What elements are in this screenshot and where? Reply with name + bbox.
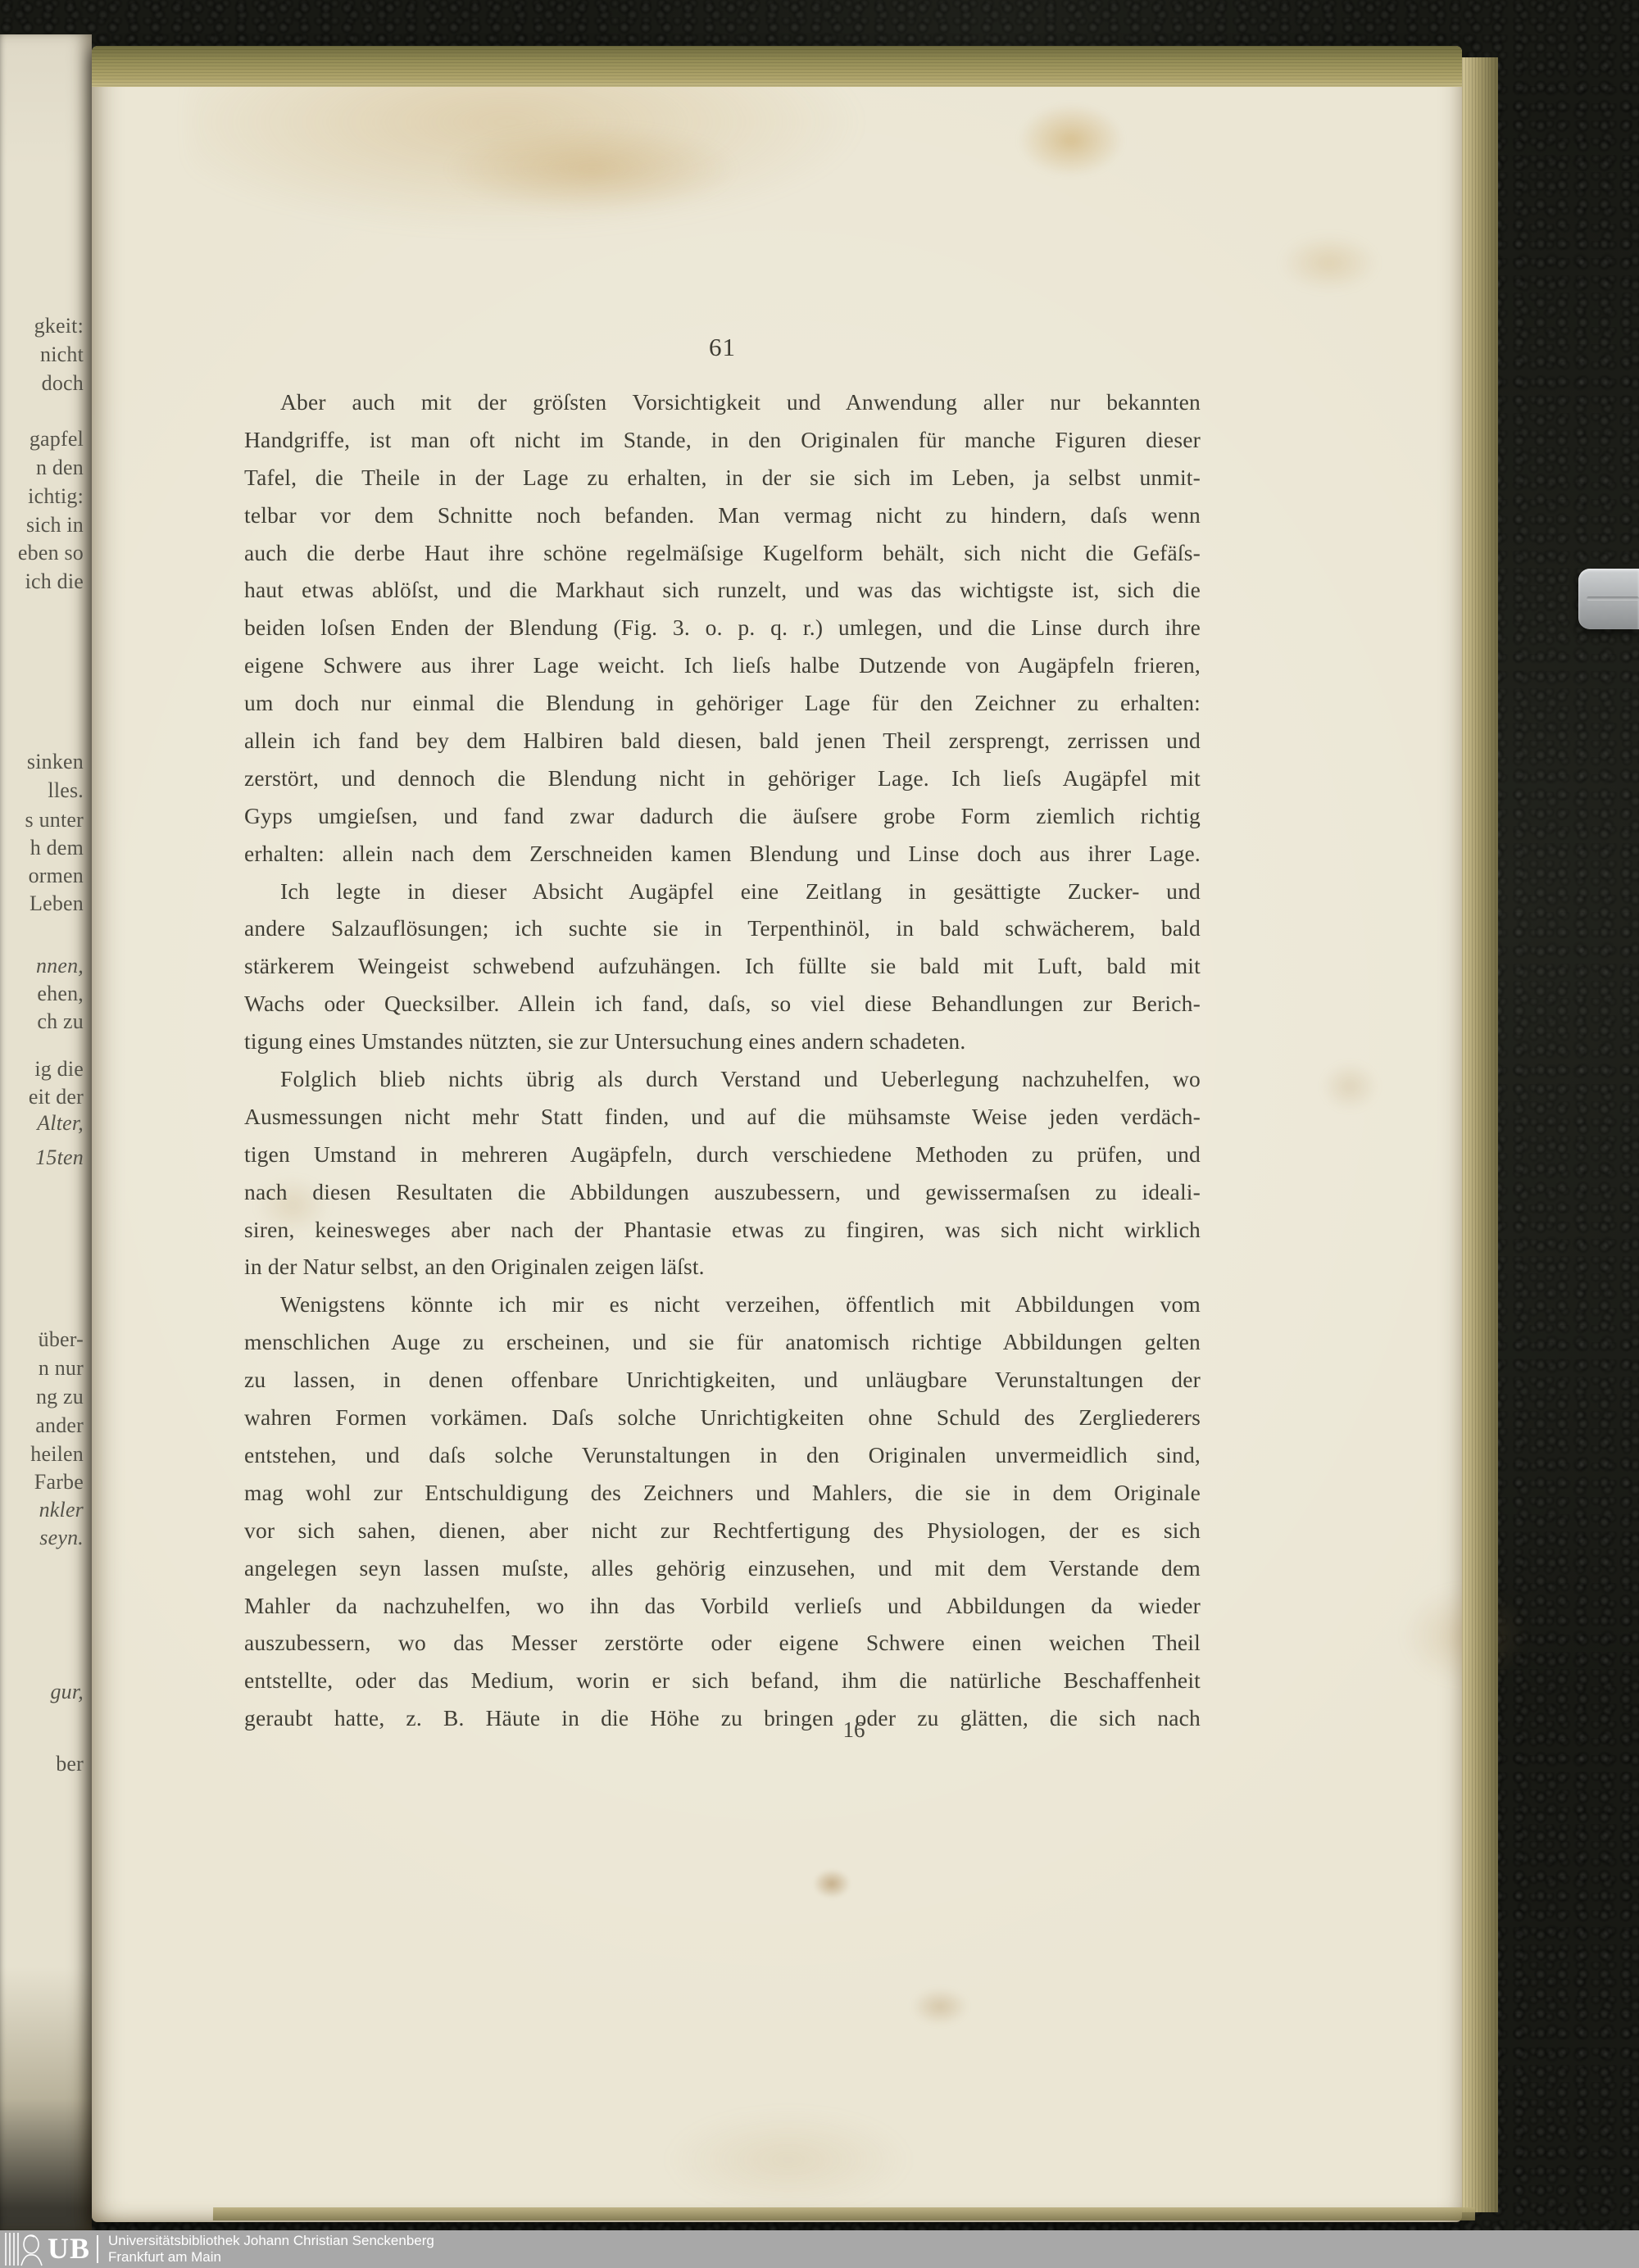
margin-text-fragment: doch	[42, 371, 84, 396]
margin-text-fragment: nicht	[40, 342, 84, 367]
ub-logo: UB	[0, 2230, 108, 2268]
margin-text-fragment: seyn.	[39, 1526, 84, 1550]
text-line: Wachs oder Quecksilber. Allein ich fand,…	[244, 985, 1201, 1023]
text-line: zu lassen, in denen offenbare Unrichtigk…	[244, 1361, 1201, 1399]
margin-text-fragment: n nur	[39, 1356, 84, 1381]
text-line: Aber auch mit der gröſsten Vorsichtigkei…	[244, 383, 1201, 421]
margin-text-fragment: über-	[39, 1327, 84, 1352]
text-line: tigung eines Umstandes nützten, sie zur …	[244, 1023, 1201, 1060]
text-line: beiden loſsen Enden der Blendung (Fig. 3…	[244, 609, 1201, 646]
text-line: in der Natur selbst, an den Originalen z…	[244, 1248, 1201, 1286]
library-name-line2: Frankfurt am Main	[108, 2249, 434, 2266]
text-line: geraubt hatte, z. B. Häute in die Höhe z…	[244, 1699, 1201, 1737]
sheet-signature: 16	[821, 1717, 887, 1743]
margin-text-fragment: h dem	[30, 836, 84, 860]
ub-logo-text: UB	[48, 2234, 90, 2263]
text-line: Wenigstens könnte ich mir es nicht verze…	[244, 1286, 1201, 1323]
margin-text-fragment: nnen,	[36, 954, 84, 978]
margin-text-fragment: ehen,	[37, 982, 84, 1006]
footer-separator	[97, 2235, 98, 2263]
text-line: Gyps umgieſsen, und fand zwar dadurch di…	[244, 797, 1201, 835]
text-line: Tafel, die Theile in der Lage zu erhalte…	[244, 459, 1201, 497]
page-bottom-edge	[213, 2207, 1475, 2220]
margin-text-fragment: 15ten	[35, 1145, 84, 1170]
text-line: auch die derbe Haut ihre schöne regelmäſ…	[244, 534, 1201, 572]
text-line: stärkerem Weingeist schwebend aufzuhänge…	[244, 947, 1201, 985]
text-line: entstehen, und daſs solche Verunstaltung…	[244, 1436, 1201, 1474]
margin-text-fragment: ng zu	[36, 1385, 84, 1409]
text-line: angelegen seyn lassen muſste, alles gehö…	[244, 1549, 1201, 1587]
margin-text-fragment: ch zu	[37, 1009, 84, 1034]
book-page: 61 Aber auch mit der gröſsten Vorsichtig…	[92, 46, 1462, 2222]
margin-text-fragment: sinken	[27, 750, 84, 774]
text-line: eigene Schwere aus ihrer Lage weicht. Ic…	[244, 646, 1201, 684]
text-line: erhalten: allein nach dem Zerschneiden k…	[244, 835, 1201, 873]
text-line: tigen Umstand in mehreren Augäpfeln, dur…	[244, 1136, 1201, 1173]
margin-text-fragment: ormen	[29, 864, 84, 888]
margin-text-fragment: Farbe	[34, 1470, 84, 1495]
text-line: um doch nur einmal die Blendung in gehör…	[244, 684, 1201, 722]
text-line: allein ich fand bey dem Halbiren bald di…	[244, 722, 1201, 760]
margin-text-fragment: gur,	[50, 1680, 84, 1704]
text-line: nach diesen Resultaten die Abbildungen a…	[244, 1173, 1201, 1211]
text-line: menschlichen Auge zu erscheinen, und sie…	[244, 1323, 1201, 1361]
margin-text-fragment: lles.	[48, 778, 84, 803]
margin-text-fragment: gapfel	[30, 427, 84, 451]
text-line: Ich legte in dieser Absicht Augäpfel ein…	[244, 873, 1201, 910]
text-line: vor sich sahen, dienen, aber nicht zur R…	[244, 1512, 1201, 1549]
margin-text-fragment: eben so	[18, 541, 84, 565]
text-line: Handgriffe, ist man oft nicht im Stande,…	[244, 421, 1201, 459]
text-line: mag wohl zur Entschuldigung des Zeichner…	[244, 1474, 1201, 1512]
text-line: zerstört, und dennoch die Blendung nicht…	[244, 760, 1201, 797]
page-number: 61	[244, 333, 1201, 362]
library-name: Universitätsbibliothek Johann Christian …	[108, 2233, 434, 2266]
library-name-line1: Universitätsbibliothek Johann Christian …	[108, 2233, 434, 2249]
margin-text-fragment: ig die	[34, 1057, 84, 1082]
margin-text-fragment: Alter,	[37, 1111, 84, 1136]
text-line: haut etwas ablöſst, und die Markhaut sic…	[244, 571, 1201, 609]
margin-text-fragment: nkler	[39, 1498, 84, 1522]
text-line: entstellte, oder das Medium, worin er si…	[244, 1662, 1201, 1699]
book-top-edge	[92, 46, 1462, 87]
margin-text-fragment: ander	[35, 1413, 84, 1438]
margin-text-fragment: eit der	[29, 1085, 84, 1109]
margin-text-fragment: s unter	[25, 808, 84, 832]
library-footer: UB Universitätsbibliothek Johann Christi…	[0, 2230, 1639, 2268]
text-line: auszubessern, wo das Messer zerstörte od…	[244, 1624, 1201, 1662]
ub-logo-icon	[3, 2231, 46, 2267]
margin-text-fragment: Leben	[30, 891, 84, 916]
margin-text-fragment: ber	[56, 1752, 84, 1776]
margin-text-fragment: sich in	[26, 513, 84, 538]
page-fore-edge	[1462, 57, 1498, 2212]
margin-text-fragment: ich die	[25, 569, 84, 594]
text-line: Folglich blieb nichts übrig als durch Ve…	[244, 1060, 1201, 1098]
text-line: andere Salzauflösungen; ich suchte sie i…	[244, 909, 1201, 947]
margin-text-fragment: gkeit:	[34, 314, 84, 338]
bookmark-tab	[1578, 569, 1639, 629]
text-line: wahren Formen vorkämen. Daſs solche Unri…	[244, 1399, 1201, 1436]
text-line: Mahler da nachzuhelfen, wo ihn das Vorbi…	[244, 1587, 1201, 1625]
text-line: Ausmessungen nicht mehr Statt finden, un…	[244, 1098, 1201, 1136]
margin-text-fragment: heilen	[30, 1442, 84, 1467]
margin-text-fragment: n den	[36, 456, 84, 480]
facing-page-edge: gkeit:nichtdochgapfeln denichtig:sich in…	[0, 34, 92, 2230]
margin-text-fragment: ichtig:	[28, 484, 84, 509]
text-line: siren, keinesweges aber nach der Phantas…	[244, 1211, 1201, 1249]
text-line: telbar vor dem Schnitte noch befanden. M…	[244, 497, 1201, 534]
text-block: Aber auch mit der gröſsten Vorsichtigkei…	[244, 383, 1201, 1737]
book-scan: gkeit:nichtdochgapfeln denichtig:sich in…	[0, 0, 1639, 2268]
